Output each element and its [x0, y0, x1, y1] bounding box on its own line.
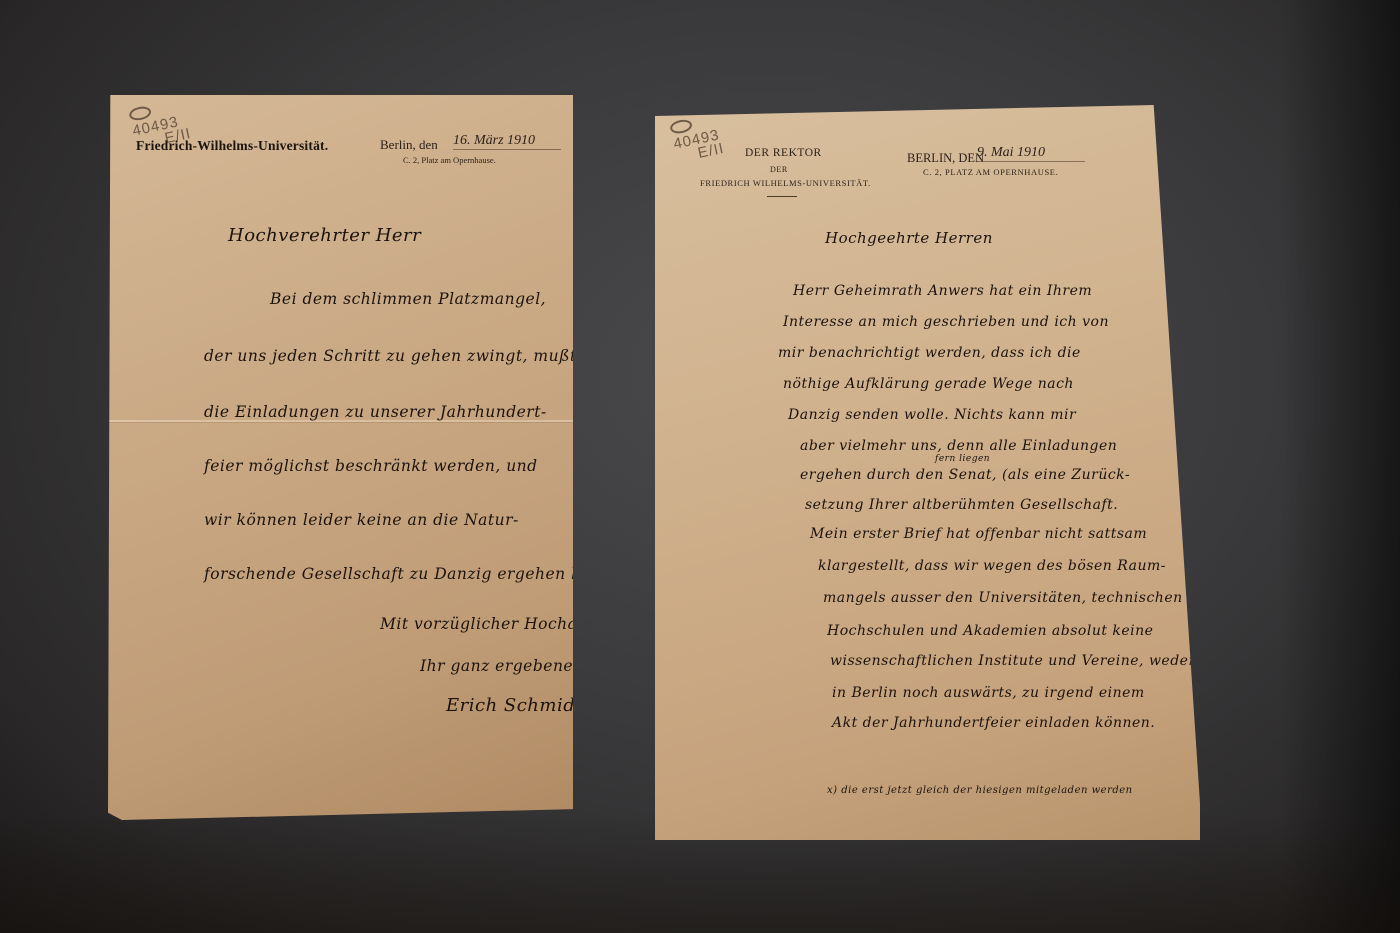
- letterhead-line: DER: [770, 165, 788, 174]
- salutation: Hochverehrter Herr: [228, 225, 421, 246]
- archive-mark: 40493 E/II: [669, 112, 726, 165]
- body-line: Danzig senden wolle. Nichts kann mir: [788, 407, 1076, 423]
- body-line: feier möglichst beschränkt werden, und: [204, 457, 538, 475]
- date: 16. März 1910: [453, 133, 561, 150]
- interlinear-insert: fern liegen: [935, 454, 990, 464]
- body-line: nöthige Aufklärung gerade Wege nach: [783, 376, 1074, 392]
- signature: Erich Schmidt. Ott.: [446, 695, 632, 716]
- place-date-prefix: Berlin, den: [380, 137, 438, 153]
- body-line: die Einladungen zu unserer Jahrhundert-: [204, 403, 547, 421]
- body-line: mir benachrichtigt werden, dass ich die: [778, 345, 1081, 361]
- salutation: Hochgeehrte Herren: [825, 229, 993, 247]
- place-date-prefix: BERLIN, DEN: [907, 151, 984, 166]
- body-line: klargestellt, dass wir wegen des bösen R…: [818, 558, 1166, 574]
- body-line: aber vielmehr uns, denn alle Einladungen: [800, 438, 1117, 454]
- body-line: der uns jeden Schritt zu gehen zwingt, m…: [204, 347, 597, 365]
- body-line: in Berlin noch auswärts, zu irgend einem: [832, 685, 1145, 701]
- footnote: x) die erst jetzt gleich der hiesigen mi…: [827, 785, 1133, 796]
- body-line: forschende Gesellschaft zu Danzig ergehe…: [204, 565, 629, 583]
- letter-left: 40493 E/II Friedrich-Wilhelms-Universitä…: [108, 95, 573, 820]
- closing: Mit vorzüglicher Hochachtung: [380, 615, 635, 633]
- body-line: ergehen durch den Senat, (als eine Zurüc…: [800, 467, 1130, 483]
- letterhead: Friedrich-Wilhelms-Universität.: [136, 138, 328, 154]
- letter-right: 40493 E/II DER REKTOR DER FRIEDRICH WILH…: [655, 105, 1200, 840]
- date: 9. Mai 1910: [977, 145, 1085, 162]
- body-line: mangels ausser den Universitäten, techni…: [823, 590, 1183, 606]
- body-line: Akt der Jahrhundertfeier einladen können…: [832, 715, 1155, 731]
- letterhead-title: DER REKTOR: [745, 147, 822, 159]
- body-line: Herr Geheimrath Anwers hat ein Ihrem: [793, 283, 1092, 299]
- address: C. 2, Platz am Opernhause.: [403, 155, 496, 165]
- background-vignette-right: [1280, 0, 1400, 933]
- pencil-note: Ott.: [595, 695, 632, 716]
- body-line: Bei dem schlimmen Platzmangel,: [270, 290, 546, 308]
- body-line: setzung Ihrer altberühmten Gesellschaft.: [805, 497, 1118, 513]
- body-line: wissenschaftlichen Institute und Vereine…: [830, 653, 1196, 669]
- letterhead-rule: [767, 196, 797, 197]
- letterhead-university: FRIEDRICH WILHELMS-UNIVERSITÄT.: [700, 178, 871, 188]
- body-line: Mein erster Brief hat offenbar nicht sat…: [810, 526, 1147, 542]
- closing: Ihr ganz ergebener: [420, 657, 581, 675]
- body-line: Interesse an mich geschrieben und ich vo…: [783, 314, 1109, 330]
- body-line: wir können leider keine an die Natur-: [204, 511, 519, 529]
- body-line: Hochschulen und Akademien absolut keine: [827, 623, 1153, 639]
- address: C. 2, PLATZ AM OPERNHAUSE.: [923, 167, 1058, 177]
